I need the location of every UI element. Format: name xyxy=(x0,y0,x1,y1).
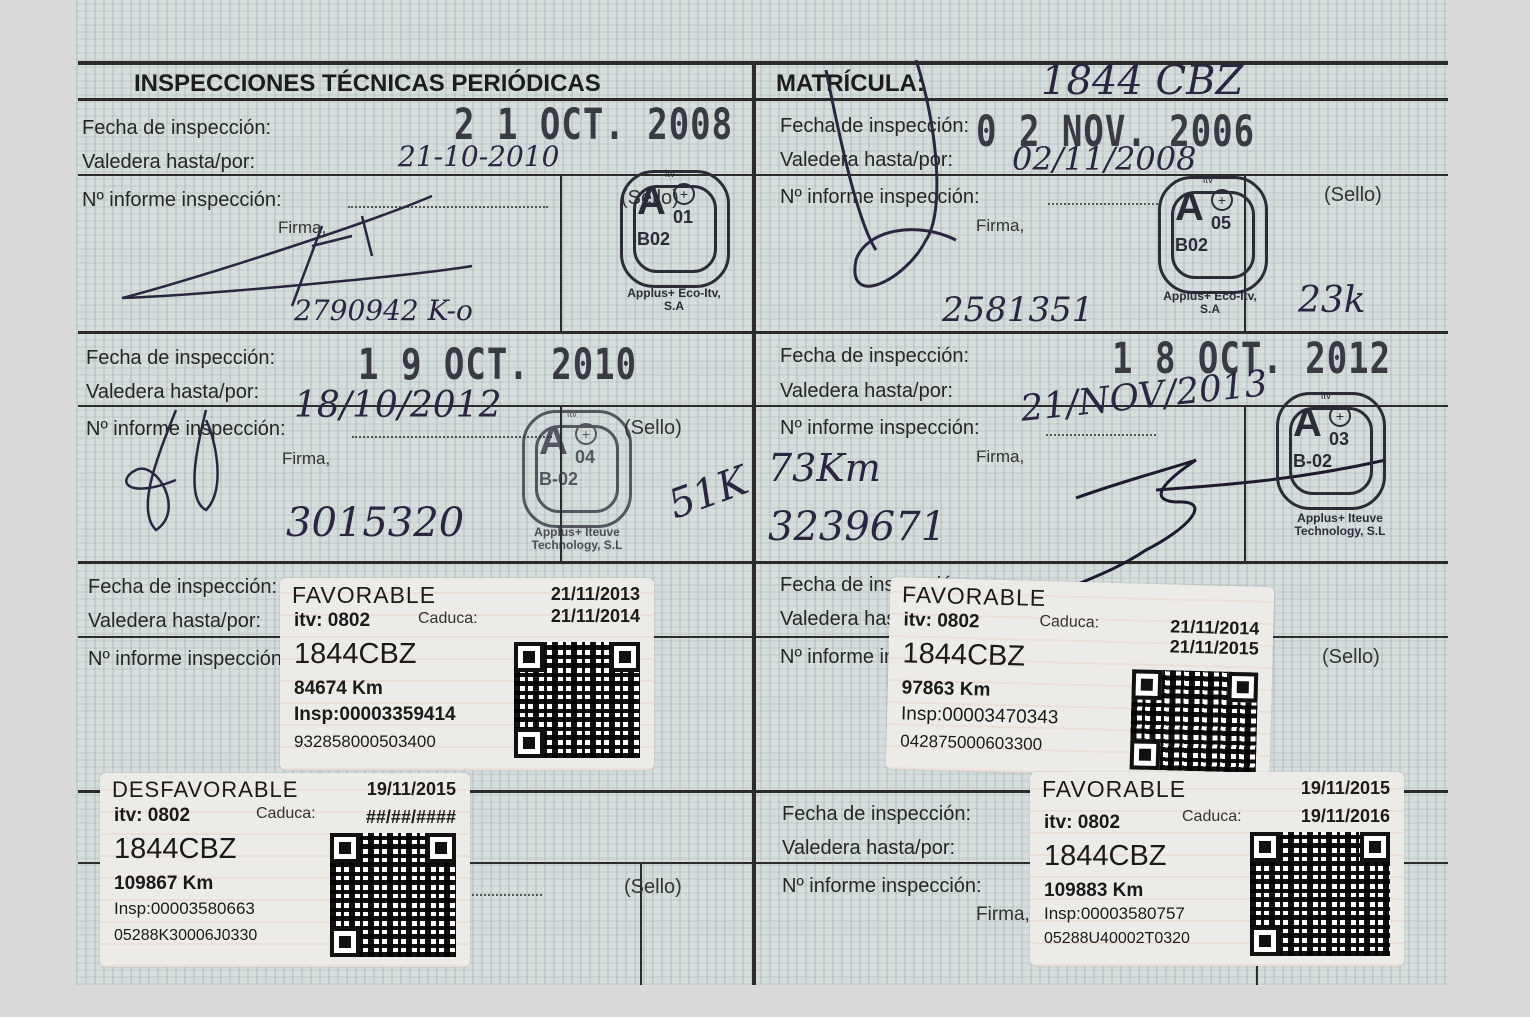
sticker-plate: 1844CBZ xyxy=(1044,840,1167,873)
stamp-company: Applus+ Eco-Itv, S.A xyxy=(1160,290,1260,316)
sticker-itv: itv: 0802 xyxy=(294,610,370,632)
sticker-itv: itv: 0802 xyxy=(114,805,190,827)
sticker-code: 05288K30006J0330 xyxy=(114,927,257,945)
page-title: INSPECCIONES TÉCNICAS PERIÓDICAS xyxy=(134,70,601,98)
firma-label: Firma, xyxy=(976,216,1024,236)
sticker-km: 97863 Km xyxy=(901,677,990,701)
sello-label: (Sello) xyxy=(1324,184,1382,207)
fecha-label: Fecha de inspección: xyxy=(88,576,277,599)
sticker-date: 19/11/2015 xyxy=(367,779,456,800)
qr-code-icon xyxy=(1130,669,1259,772)
sticker-result: DESFAVORABLE xyxy=(112,777,298,803)
handwritten-note: 23k xyxy=(1298,280,1366,321)
qr-code-icon xyxy=(514,642,640,758)
sticker-date: 19/11/2015 xyxy=(1301,778,1390,799)
informe-label: Nº informe inspección: xyxy=(782,875,982,898)
sticker-plate: 1844CBZ xyxy=(114,833,237,866)
sticker-code: 05288U40002T0320 xyxy=(1044,930,1190,948)
fecha-label: Fecha de inspección: xyxy=(86,347,275,370)
sello-label: (Sello) xyxy=(624,876,682,899)
divider xyxy=(78,174,1448,176)
qr-code-icon xyxy=(1250,832,1390,956)
sticker-code: 042875000603300 xyxy=(900,731,1042,755)
itv-sticker: FAVORABLE 19/11/2015 itv: 0802 Caduca: 1… xyxy=(1030,772,1404,966)
dotted-line xyxy=(1048,203,1158,205)
itv-stamp: itv A + 03 B-02 xyxy=(1276,392,1386,510)
valedera-label: Valedera hasta/por: xyxy=(88,610,261,633)
itv-sticker: FAVORABLE 21/11/2014 itv: 0802 Caduca: 2… xyxy=(886,577,1275,779)
sticker-km: 109867 Km xyxy=(114,873,213,895)
handwritten-note: 73Km xyxy=(768,446,881,490)
sticker-km: 84674 Km xyxy=(294,678,383,700)
firma-label: Firma, xyxy=(976,904,1030,926)
sticker-result: FAVORABLE xyxy=(902,581,1047,612)
sticker-itv: itv: 0802 xyxy=(903,609,980,633)
sticker-caduca-label: Caduca: xyxy=(256,805,316,823)
signature xyxy=(116,400,266,540)
sticker-code: 932858000503400 xyxy=(294,732,436,752)
sticker-plate: 1844CBZ xyxy=(294,638,417,671)
inspection-date-stamp: 1 9 OCT. 2010 xyxy=(358,340,637,390)
informe-label: Nº informe inspección: xyxy=(780,417,980,440)
plate-handwritten: 1844 CBZ xyxy=(1041,58,1243,104)
sticker-expiry: ##/##/#### xyxy=(366,807,456,828)
sticker-insp: Insp:00003470343 xyxy=(901,703,1059,729)
sticker-expiry: 21/11/2015 xyxy=(1169,636,1259,659)
itv-sticker: FAVORABLE 21/11/2013 itv: 0802 Caduca: 2… xyxy=(280,578,654,770)
signature xyxy=(112,186,512,316)
itv-stamp: itv A + 04 B-02 xyxy=(522,410,632,528)
valedera-label: Valedera hasta/por: xyxy=(780,380,953,403)
sello-label: (Sello) xyxy=(1322,646,1380,669)
signature xyxy=(816,60,976,320)
firma-label: Firma, xyxy=(976,447,1024,467)
itv-stamp: itv A + 05 B02 xyxy=(1158,176,1268,294)
sticker-date: 21/11/2013 xyxy=(551,584,640,605)
center-divider xyxy=(752,61,756,985)
stamp-company: Applus+ Eco-Itv, S.A xyxy=(624,287,724,313)
fecha-label: Fecha de inspección: xyxy=(782,803,971,826)
valid-until-handwritten: 02/11/2008 xyxy=(1012,140,1196,178)
sticker-result: FAVORABLE xyxy=(292,582,436,609)
sticker-km: 109883 Km xyxy=(1044,880,1143,902)
valid-until-handwritten: 21-10-2010 xyxy=(398,140,559,173)
stamp-company: Applus+ Iteuve Technology, S.L xyxy=(1270,512,1410,538)
qr-code-icon xyxy=(330,833,456,957)
sticker-caduca-label: Caduca: xyxy=(418,610,478,628)
sticker-insp: Insp:00003359414 xyxy=(294,704,456,726)
firma-label: Firma, xyxy=(282,449,330,469)
report-number-handwritten: 3015320 xyxy=(286,500,464,546)
sticker-result: FAVORABLE xyxy=(1042,776,1186,803)
sticker-expiry: 21/11/2014 xyxy=(551,606,640,627)
divider xyxy=(560,174,562,331)
sticker-insp: Insp:00003580663 xyxy=(114,899,255,919)
valid-until-handwritten: 18/10/2012 xyxy=(294,385,502,426)
handwritten-note: 51K xyxy=(663,458,755,529)
sticker-caduca-label: Caduca: xyxy=(1182,808,1242,826)
sticker-plate: 1844CBZ xyxy=(902,637,1025,673)
sello-label: (Sello) xyxy=(624,417,682,440)
valedera-label: Valedera hasta/por: xyxy=(782,837,955,860)
valedera-label: Valedera hasta/por: xyxy=(82,151,255,174)
fecha-label: Fecha de inspección: xyxy=(82,117,271,140)
stamp-company: Applus+ Iteuve Technology, S.L xyxy=(512,526,642,552)
sticker-caduca-label: Caduca: xyxy=(1039,613,1099,633)
sticker-insp: Insp:00003580757 xyxy=(1044,904,1185,924)
dotted-line xyxy=(1046,434,1156,436)
sticker-itv: itv: 0802 xyxy=(1044,812,1120,834)
fecha-label: Fecha de inspección: xyxy=(780,345,969,368)
report-number-handwritten: 3239671 xyxy=(768,504,946,550)
itv-stamp: itv A + 01 B02 xyxy=(620,170,730,288)
dotted-line xyxy=(472,894,542,896)
sticker-expiry: 19/11/2016 xyxy=(1301,806,1390,827)
itv-sticker: DESFAVORABLE 19/11/2015 itv: 0802 Caduca… xyxy=(100,773,470,967)
informe-label: Nº informe inspección: xyxy=(88,648,288,671)
